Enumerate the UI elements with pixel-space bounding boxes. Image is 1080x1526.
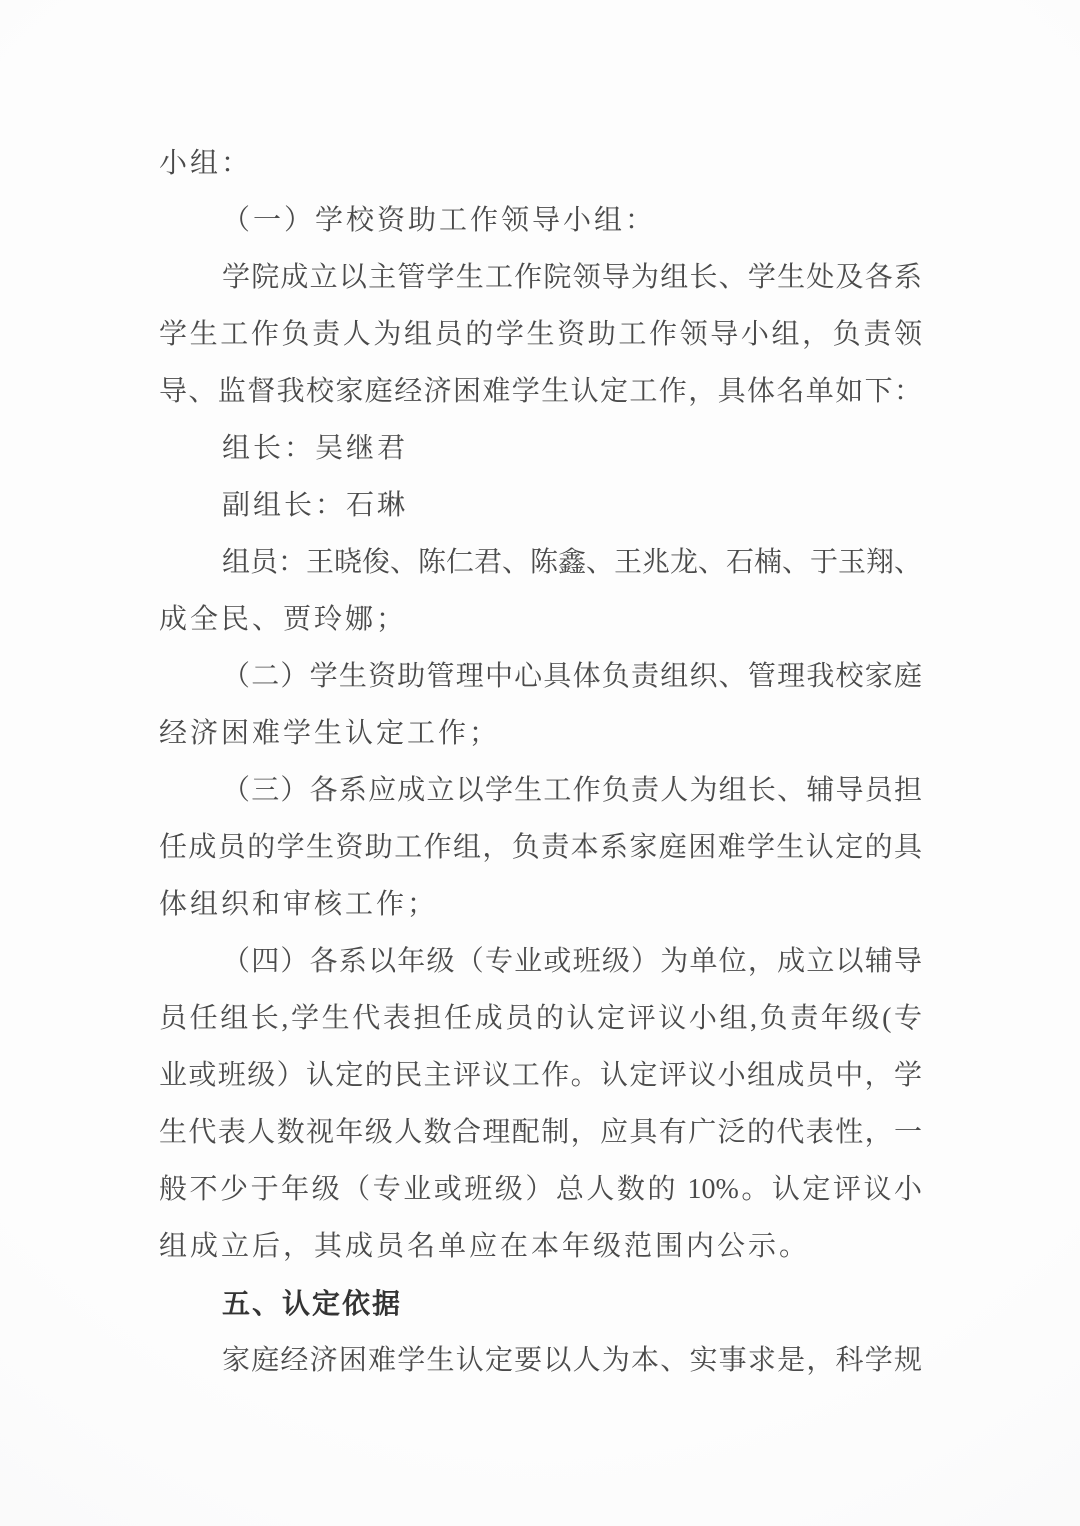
text-line: 小组： xyxy=(159,135,922,192)
section-heading-2: （二）学生资助管理中心具体负责组织、管理我校家庭 xyxy=(159,648,922,705)
text-line: 任成员的学生资助工作组，负责本系家庭困难学生认定的具 xyxy=(159,819,922,876)
text-line: 组成立后，其成员名单应在本年级范围内公示。 xyxy=(159,1218,922,1275)
members-line: 成全民、贾玲娜； xyxy=(159,591,922,648)
text-line: 体组织和审核工作； xyxy=(159,876,922,933)
text-line: 员任组长,学生代表担任成员的认定评议小组,负责年级(专 xyxy=(159,990,922,1047)
text-line: 生代表人数视年级人数合理配制，应具有广泛的代表性，一 xyxy=(159,1104,922,1161)
section-heading-5: 五、认定依据 xyxy=(159,1275,922,1332)
members-line: 组员：王晓俊、陈仁君、陈鑫、王兆龙、石楠、于玉翔、 xyxy=(159,534,922,591)
section-heading-1: （一）学校资助工作领导小组： xyxy=(159,192,922,249)
text-line: 学生工作负责人为组员的学生资助工作领导小组，负责领 xyxy=(159,306,922,363)
text-line: 般不少于年级（专业或班级）总人数的 10%。认定评议小 xyxy=(159,1161,922,1218)
text-line: 学院成立以主管学生工作院领导为组长、学生处及各系 xyxy=(159,249,922,306)
deputy-leader-line: 副组长：石琳 xyxy=(159,477,922,534)
text-line: 家庭经济困难学生认定要以人为本、实事求是，科学规 xyxy=(159,1332,922,1389)
text-line: 经济困难学生认定工作； xyxy=(159,705,922,762)
document-page: 小组： （一）学校资助工作领导小组： 学院成立以主管学生工作院领导为组长、学生处… xyxy=(159,135,922,1389)
text-line: 导、监督我校家庭经济困难学生认定工作，具体名单如下： xyxy=(159,363,922,420)
text-line: 业或班级）认定的民主评议工作。认定评议小组成员中，学 xyxy=(159,1047,922,1104)
section-heading-3: （三）各系应成立以学生工作负责人为组长、辅导员担 xyxy=(159,762,922,819)
group-leader-line: 组长：吴继君 xyxy=(159,420,922,477)
section-heading-4: （四）各系以年级（专业或班级）为单位，成立以辅导 xyxy=(159,933,922,990)
